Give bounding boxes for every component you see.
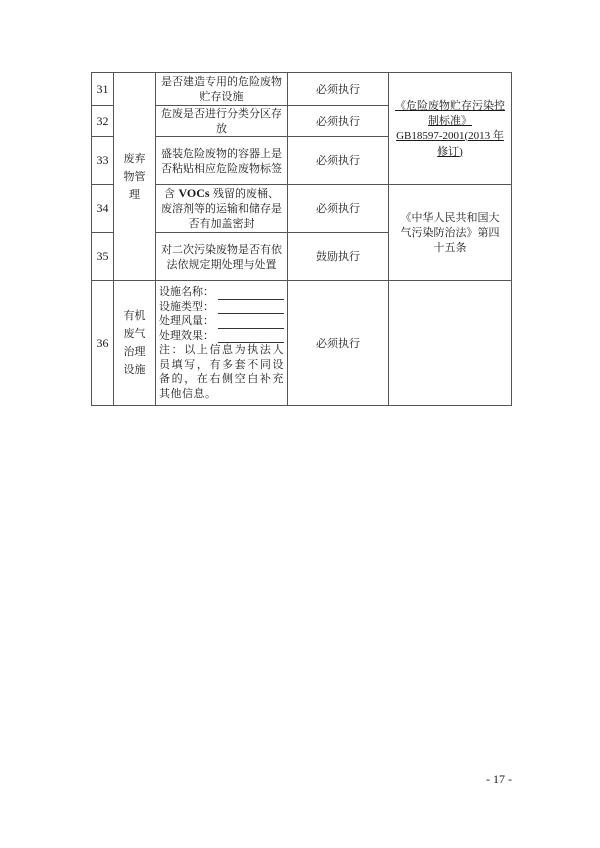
check-item: 盛装危险废物的容器上是否粘贴相应危险废物标签 xyxy=(156,137,288,185)
facility-name-blank[interactable] xyxy=(218,289,284,300)
check-item: 含 VOCs 残留的废桶、废溶剂等的运输和储存是否有加盖密封 xyxy=(156,185,288,233)
requirement: 必须执行 xyxy=(288,137,389,185)
air-volume-blank[interactable] xyxy=(218,318,284,329)
text: 含 xyxy=(164,187,179,200)
vocs-term: VOCs xyxy=(178,186,209,200)
row-number: 31 xyxy=(92,73,114,106)
requirement: 鼓励执行 xyxy=(288,233,389,281)
category-cell: 废弃物管理 xyxy=(114,73,156,281)
basis-cell[interactable] xyxy=(389,281,512,406)
basis-standard-title: 《危险废物贮存污染控制标准》 xyxy=(395,99,505,127)
inspection-table: 31 废弃物管理 是否建造专用的危险废物贮存设施 必须执行 《危险废物贮存污染控… xyxy=(91,72,512,406)
requirement: 必须执行 xyxy=(288,73,389,106)
check-item: 是否建造专用的危险废物贮存设施 xyxy=(156,73,288,106)
note-text: 注：以上信息为执法人员填写，有多套不同设备的，在右侧空白补充其他信息。 xyxy=(159,343,284,401)
field-label: 设施类型： xyxy=(159,300,214,315)
category-cell: 有机废气治理设施 xyxy=(114,281,156,406)
page-number: - 17 - xyxy=(486,772,512,787)
basis-cell: 《危险废物贮存污染控制标准》 GB18597-2001(2013 年修订) xyxy=(389,73,512,185)
row-number: 32 xyxy=(92,106,114,137)
field-label: 处理风量： xyxy=(159,314,214,329)
facility-name-field: 设施名称： xyxy=(159,285,284,300)
air-volume-field: 处理风量： xyxy=(159,314,284,329)
row-number: 34 xyxy=(92,185,114,233)
check-item: 危废是否进行分类分区存放 xyxy=(156,106,288,137)
facility-info-form: 设施名称： 设施类型： 处理风量： 处理效果： 注：以上信息为执法人员填写，有多… xyxy=(156,281,288,406)
requirement: 必须执行 xyxy=(288,185,389,233)
facility-type-blank[interactable] xyxy=(218,303,284,314)
requirement: 必须执行 xyxy=(288,281,389,406)
field-label: 处理效果： xyxy=(159,329,214,344)
basis-standard-code: GB18597-2001(2013 年修订) xyxy=(396,130,504,158)
table-row: 31 废弃物管理 是否建造专用的危险废物贮存设施 必须执行 《危险废物贮存污染控… xyxy=(92,73,512,106)
row-number: 35 xyxy=(92,233,114,281)
basis-cell: 《中华人民共和国大气污染防治法》第四十五条 xyxy=(389,185,512,281)
check-item: 对二次污染废物是否有依法依规定期处理与处置 xyxy=(156,233,288,281)
treatment-effect-blank[interactable] xyxy=(218,332,284,343)
field-label: 设施名称： xyxy=(159,285,214,300)
row-number: 36 xyxy=(92,281,114,406)
requirement: 必须执行 xyxy=(288,106,389,137)
treatment-effect-field: 处理效果： xyxy=(159,329,284,344)
table-row: 36 有机废气治理设施 设施名称： 设施类型： 处理风量： 处理效果： 注：以上… xyxy=(92,281,512,406)
row-number: 33 xyxy=(92,137,114,185)
facility-type-field: 设施类型： xyxy=(159,300,284,315)
